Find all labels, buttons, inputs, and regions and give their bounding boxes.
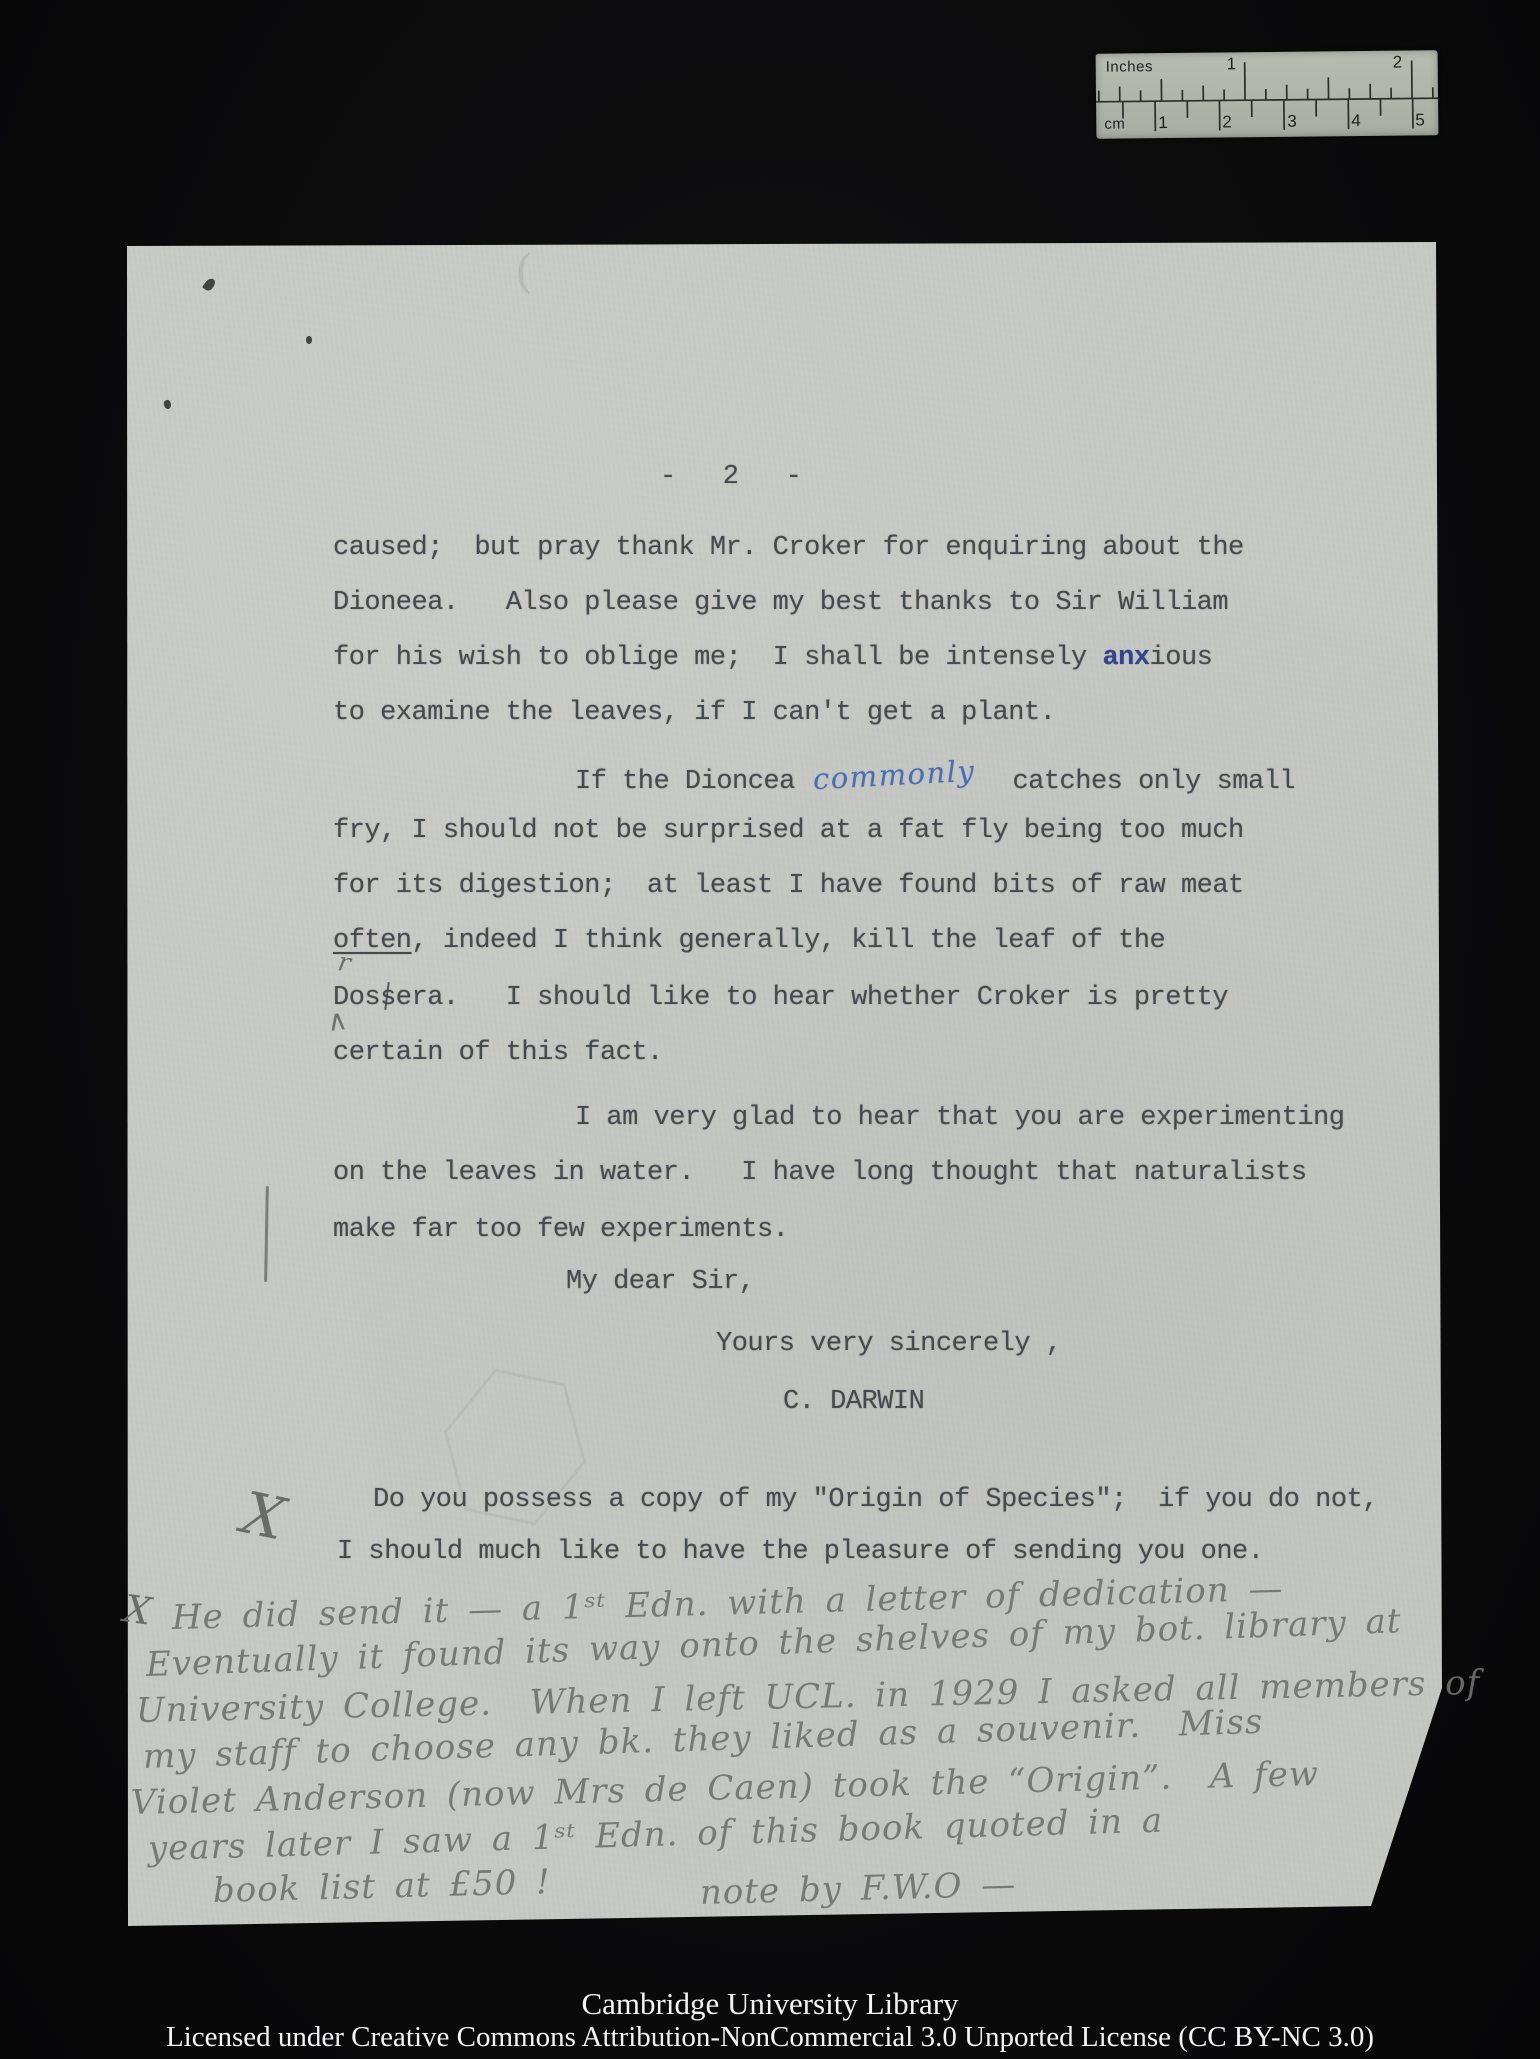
postscript-line-1: Do you possess a copy of my "Origin of S… — [373, 1485, 1378, 1515]
paper-speck — [306, 336, 312, 344]
valediction: Yours very sincerely , — [716, 1329, 1061, 1359]
letter-line-10: certain of this fact. — [333, 1038, 663, 1068]
ruler-cm-number-1: 1 — [1158, 113, 1168, 133]
ruler-inch-number-2: 2 — [1393, 53, 1403, 73]
footer-library-caption: Cambridge University Library — [0, 1986, 1540, 2022]
ruler-cm-number-2: 2 — [1222, 112, 1232, 132]
ruler-cm-number-3: 3 — [1287, 112, 1297, 132]
letter-line-8: often, indeed I think generally, kill th… — [333, 926, 1165, 956]
ruler-cm-number-4: 4 — [1351, 111, 1361, 131]
handwritten-ink-insertion: commonly — [812, 754, 976, 796]
letter-line-3: for his wish to oblige me; I shall be in… — [333, 643, 1212, 673]
letter-text: If the Dioncea — [575, 767, 811, 797]
letter-text: , indeed I think generally, kill the lea… — [412, 926, 1166, 956]
letter-line-4: to examine the leaves, if I can't get a … — [333, 698, 1055, 728]
ruler-cm-number-5: 5 — [1415, 110, 1425, 130]
letter-line-12: on the leaves in water. I have long thou… — [333, 1158, 1307, 1188]
pencil-caret-mark: ∧ — [325, 1003, 349, 1038]
pencil-note-credit: note by F.W.O — — [699, 1865, 1016, 1913]
ruler-inch-number-1: 1 — [1227, 54, 1237, 74]
photo-stage: Inches cm 1 2 1 2 3 4 5 ( - 2 - caused; … — [0, 0, 1540, 2059]
letter-line-9: Dossera. I should like to hear whether C… — [333, 983, 1228, 1013]
signature: C. DARWIN — [783, 1387, 924, 1417]
letter-line-6: fry, I should not be surprised at a fat … — [333, 816, 1244, 846]
ruler-inches-label: Inches — [1106, 58, 1153, 75]
letter-line-1: caused; but pray thank Mr. Croker for en… — [333, 533, 1244, 563]
salutation: My dear Sir, — [566, 1267, 754, 1297]
ruler: Inches cm 1 2 1 2 3 4 5 — [1096, 50, 1439, 139]
page-number: - 2 - — [660, 462, 801, 492]
letter-text: for his wish to oblige me; I shall be in… — [333, 643, 1102, 673]
ruler-cm-label: cm — [1104, 115, 1125, 132]
letter-line-7: for its digestion; at least I have found… — [333, 871, 1244, 901]
paper-watermark-arc: ( — [515, 244, 533, 298]
overtyped-correction: anx — [1102, 643, 1149, 673]
postscript-line-2: I should much like to have the pleasure … — [337, 1537, 1263, 1567]
ruler-tick — [1096, 98, 1438, 102]
letter-line-13: make far too few experiments. — [333, 1215, 788, 1245]
letter-text: catches only small — [981, 767, 1295, 797]
letter-line-11: I am very glad to hear that you are expe… — [575, 1103, 1344, 1133]
letter-text: ious — [1150, 643, 1213, 673]
letter-line-5: If the Dioncea commonly catches only sma… — [575, 761, 1295, 797]
letter-line-2: Dioneea. Also please give my best thanks… — [333, 588, 1228, 618]
footer-license-caption: Licensed under Creative Commons Attribut… — [0, 2021, 1540, 2054]
